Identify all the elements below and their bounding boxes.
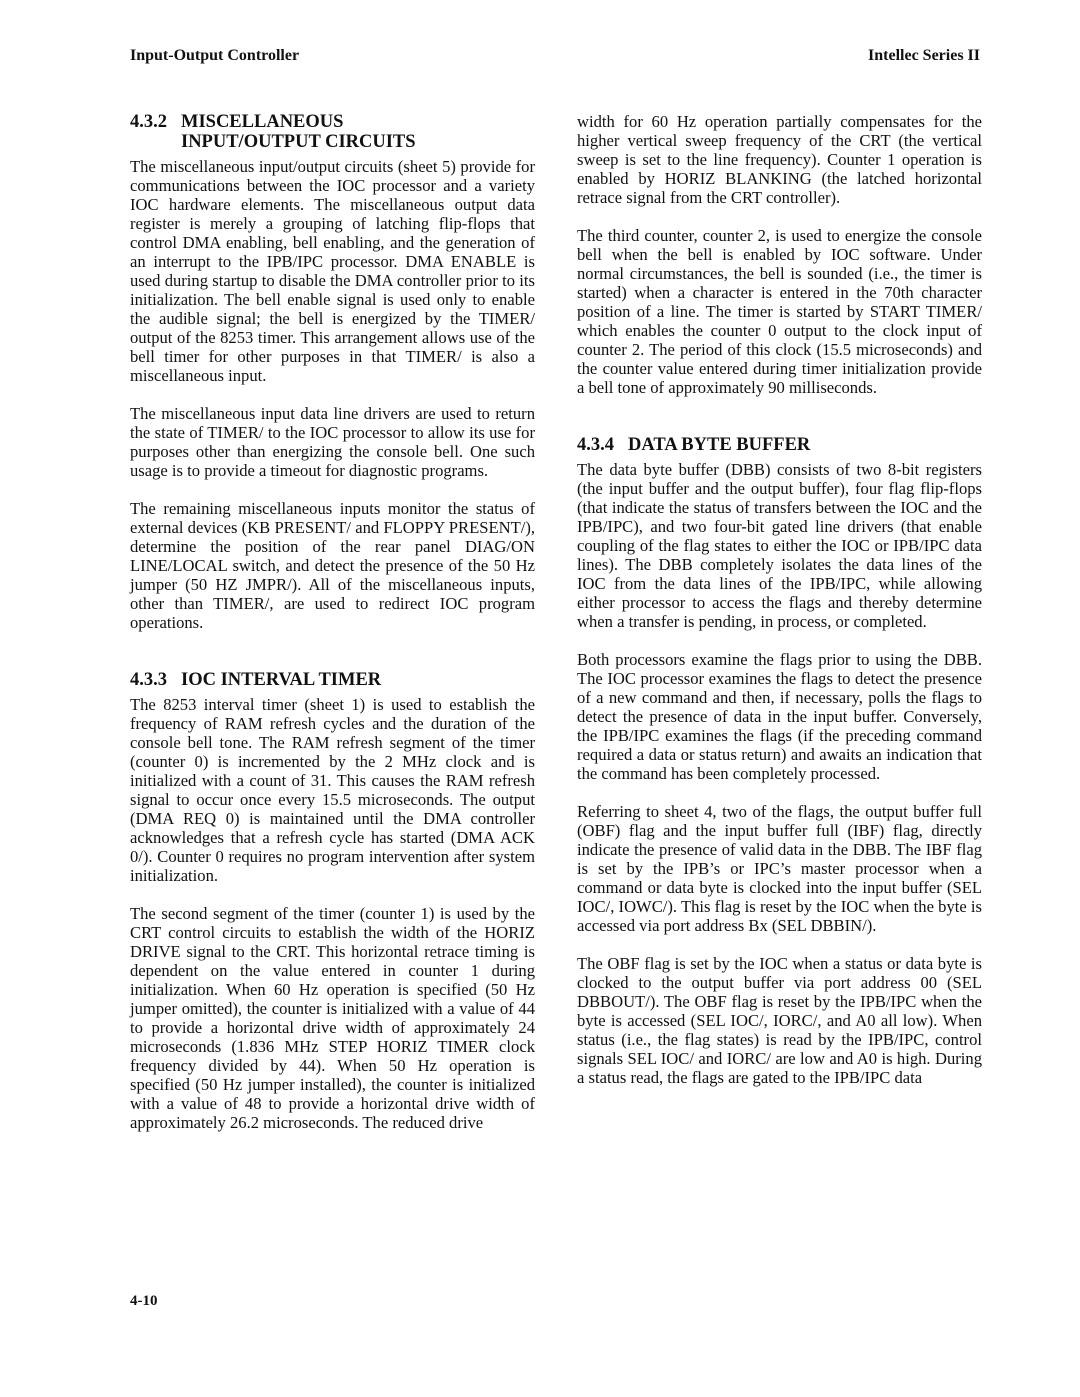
running-header-left: Input-Output Controller: [130, 47, 299, 65]
section-number: 4.3.3: [130, 670, 181, 690]
paragraph: Referring to sheet 4, two of the flags, …: [577, 802, 982, 935]
paragraph: The miscellaneous input/output circuits …: [130, 157, 535, 385]
section-title-line2: INPUT/OUTPUT CIRCUITS: [181, 132, 416, 152]
section-title: IOC INTERVAL TIMER: [181, 670, 535, 690]
right-column: width for 60 Hz operation partially comp…: [577, 112, 982, 1106]
section-number: 4.3.4: [577, 435, 628, 455]
running-header-right: Intellec Series II: [868, 47, 980, 65]
paragraph: The miscellaneous input data line driver…: [130, 404, 535, 480]
paragraph: The data byte buffer (DBB) consists of t…: [577, 460, 982, 631]
section-title-line1: MISCELLANEOUS: [181, 112, 343, 132]
paragraph: The 8253 interval timer (sheet 1) is use…: [130, 695, 535, 885]
paragraph: The remaining miscellaneous inputs monit…: [130, 499, 535, 632]
section-title: MISCELLANEOUS INPUT/OUTPUT CIRCUITS: [181, 112, 535, 152]
section-heading-4-3-2: 4.3.2 MISCELLANEOUS INPUT/OUTPUT CIRCUIT…: [130, 112, 535, 152]
paragraph: The third counter, counter 2, is used to…: [577, 226, 982, 397]
section-number: 4.3.2: [130, 112, 181, 152]
section-heading-4-3-4: 4.3.4 DATA BYTE BUFFER: [577, 435, 982, 455]
paragraph: Both processors examine the flags prior …: [577, 650, 982, 783]
paragraph: width for 60 Hz operation partially comp…: [577, 112, 982, 207]
page-number: 4-10: [130, 1293, 158, 1310]
section-heading-4-3-3: 4.3.3 IOC INTERVAL TIMER: [130, 670, 535, 690]
section-title: DATA BYTE BUFFER: [628, 435, 982, 455]
paragraph: The second segment of the timer (counter…: [130, 904, 535, 1132]
paragraph: The OBF flag is set by the IOC when a st…: [577, 954, 982, 1087]
left-column: 4.3.2 MISCELLANEOUS INPUT/OUTPUT CIRCUIT…: [130, 112, 535, 1151]
